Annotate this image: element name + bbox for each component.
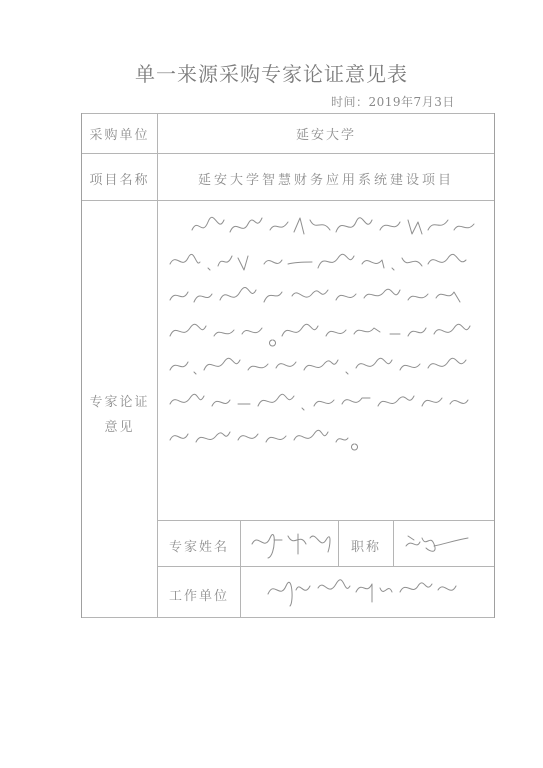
row-divider-1 — [81, 153, 495, 154]
table-border-right — [494, 113, 495, 618]
table-border-top — [81, 113, 495, 114]
label-expert-opinion-line1: 专家论证 — [82, 391, 157, 410]
value-purchasing-unit: 延安大学 — [158, 124, 494, 143]
row-divider-2 — [81, 200, 495, 201]
handwriting-line-5 — [168, 352, 478, 382]
date-value: 2019年7月3日 — [369, 95, 455, 109]
label-expert-opinion-line2: 意见 — [82, 416, 157, 435]
label-project-name: 项目名称 — [82, 169, 157, 188]
value-project-name: 延安大学智慧财务应用系统建设项目 — [158, 169, 494, 188]
handwriting-line-1 — [190, 212, 480, 242]
column-divider-title-value — [393, 520, 394, 567]
row-divider-expert-mid — [157, 566, 495, 567]
expert-title-handwriting — [404, 528, 474, 558]
label-work-unit: 工作单位 — [158, 585, 240, 604]
label-expert-title: 职称 — [339, 536, 393, 555]
document-title: 单一来源采购专家论证意见表 — [0, 58, 543, 87]
column-divider-expert-name — [240, 520, 241, 618]
handwriting-line-3 — [168, 282, 478, 312]
label-purchasing-unit: 采购单位 — [82, 124, 157, 143]
handwriting-line-2 — [168, 248, 478, 278]
work-unit-handwriting — [266, 574, 466, 614]
handwriting-line-6 — [168, 388, 478, 418]
date-label: 时间： — [331, 95, 369, 109]
handwriting-line-7 — [168, 424, 368, 454]
handwriting-line-4 — [168, 318, 478, 348]
table-border-left — [81, 113, 82, 618]
label-expert-name: 专家姓名 — [158, 536, 240, 555]
expert-name-signature — [248, 526, 333, 562]
document-date: 时间：2019年7月3日 — [331, 93, 455, 110]
row-divider-expert-top — [157, 520, 495, 521]
table-border-bottom — [81, 617, 495, 618]
